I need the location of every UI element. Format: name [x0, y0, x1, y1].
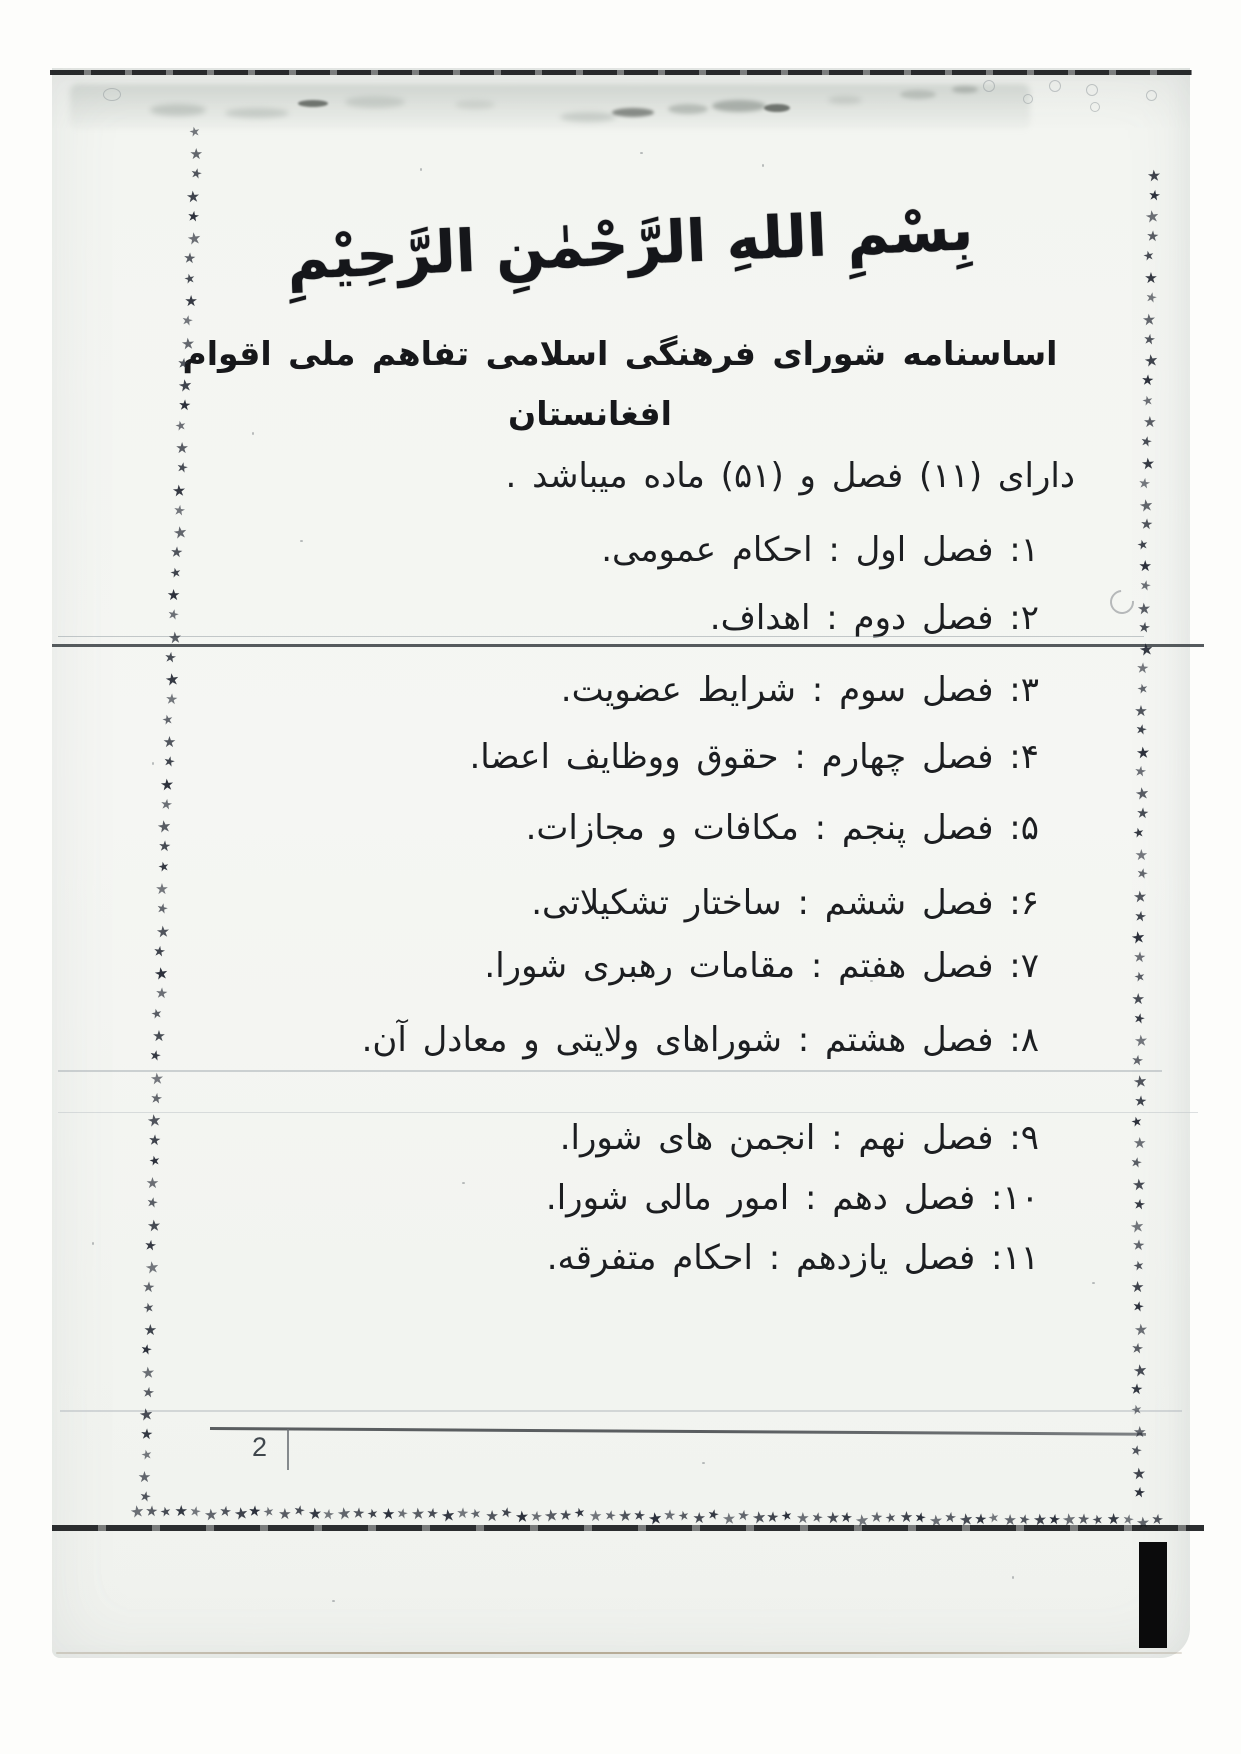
star-ornament: ★ — [676, 1509, 690, 1524]
star-ornament: ★ — [1133, 970, 1147, 985]
star-ornament: ★ — [141, 1301, 155, 1316]
star-ornament: ★ — [1142, 332, 1157, 348]
star-ornament: ★ — [149, 1091, 164, 1107]
star-ornament: ★ — [514, 1508, 529, 1525]
star-ornament: ★ — [1134, 704, 1148, 719]
star-ornament: ★ — [148, 1049, 163, 1065]
star-ornament: ★ — [144, 1323, 158, 1338]
scan-seam-line — [58, 1070, 1162, 1072]
star-ornament: ★ — [165, 693, 179, 709]
star-ornament: ★ — [1141, 374, 1155, 390]
star-ornament: ★ — [1131, 1280, 1145, 1295]
document-title-region: افغانستان — [140, 394, 1040, 433]
star-ornament: ★ — [1136, 744, 1151, 761]
paper-speck — [702, 1462, 705, 1464]
scan-seam-line — [58, 1112, 1198, 1113]
star-ornament: ★ — [1133, 909, 1148, 925]
star-ornament: ★ — [177, 377, 194, 395]
star-ornament: ★ — [144, 1505, 158, 1521]
paper-speck — [1092, 1282, 1095, 1284]
star-ornament: ★ — [143, 1238, 158, 1254]
star-ornament: ★ — [156, 818, 173, 836]
star-ornament: ★ — [157, 840, 171, 856]
hole-mark-ring — [983, 80, 995, 92]
star-ornament: ★ — [1141, 312, 1156, 329]
star-ornament: ★ — [189, 167, 204, 183]
chapter-line-8: ۸: فصل هشتم : شوراهای ولایتی و معادل آن. — [362, 1018, 1039, 1062]
star-ornament: ★ — [1134, 867, 1149, 883]
footer-thick-line — [52, 1525, 1204, 1531]
smudge-mark — [150, 104, 206, 116]
star-ornament: ★ — [839, 1511, 854, 1527]
star-ornament: ★ — [156, 924, 171, 941]
scan-black-mark — [1139, 1542, 1167, 1648]
star-ornament: ★ — [167, 630, 182, 647]
chapter-line-2: ۲: فصل دوم : اهداف. — [710, 596, 1039, 640]
star-ornament: ★ — [146, 1112, 163, 1130]
star-ornament: ★ — [1132, 1486, 1147, 1502]
star-ornament: ★ — [1131, 1177, 1146, 1194]
star-ornament: ★ — [292, 1504, 307, 1520]
paper-speck — [92, 1242, 94, 1245]
paper-speck — [152, 762, 154, 765]
star-ornament: ★ — [1141, 394, 1155, 409]
star-ornament: ★ — [884, 1511, 898, 1526]
tape-smudge-band — [70, 84, 1030, 130]
star-ornament: ★ — [662, 1508, 676, 1524]
scan-top-edge-line — [50, 70, 1192, 75]
hole-mark-ring — [1086, 84, 1098, 96]
star-ornament: ★ — [172, 524, 189, 542]
smudge-mark — [612, 108, 654, 117]
star-ornament: ★ — [1131, 1465, 1146, 1482]
star-ornament: ★ — [321, 1507, 336, 1523]
scan-seam-line — [52, 644, 1204, 647]
star-ornament: ★ — [602, 1509, 617, 1525]
star-ornament: ★ — [141, 1385, 156, 1401]
smudge-mark — [828, 96, 862, 104]
paper-speck — [1012, 1576, 1014, 1579]
star-ornament: ★ — [184, 294, 198, 309]
star-ornament: ★ — [177, 356, 192, 372]
star-ornament: ★ — [174, 1504, 188, 1519]
star-ornament: ★ — [1136, 806, 1150, 822]
smudge-mark — [455, 100, 495, 109]
star-ornament: ★ — [183, 272, 197, 287]
star-ornament: ★ — [1133, 1321, 1148, 1338]
star-ornament: ★ — [179, 314, 194, 330]
star-ornament: ★ — [455, 1506, 469, 1522]
document-title: اساسنامه شورای فرهنگی اسلامی تفاهم ملی ا… — [180, 334, 1060, 373]
star-ornament: ★ — [1143, 415, 1157, 430]
star-ornament: ★ — [1140, 518, 1154, 534]
star-ornament: ★ — [186, 230, 203, 248]
star-ornament: ★ — [149, 1071, 164, 1088]
star-ornament: ★ — [181, 336, 196, 353]
star-ornament: ★ — [1134, 785, 1151, 803]
hole-mark-ring — [1090, 102, 1100, 112]
smudge-mark — [298, 100, 328, 107]
star-ornament: ★ — [618, 1508, 633, 1525]
scan-seam-line — [60, 1410, 1182, 1412]
smudge-mark — [712, 100, 766, 112]
star-ornament: ★ — [160, 797, 175, 813]
star-ornament: ★ — [158, 1505, 172, 1520]
chapter-line-9: ۹: فصل نهم : انجمن های شورا. — [560, 1116, 1039, 1160]
star-ornament: ★ — [144, 1259, 161, 1277]
star-ornament: ★ — [352, 1507, 366, 1523]
star-ornament: ★ — [943, 1510, 958, 1526]
star-ornament: ★ — [736, 1508, 751, 1524]
star-ornament: ★ — [1130, 1341, 1145, 1357]
star-ornament: ★ — [632, 1508, 647, 1524]
star-ornament: ★ — [159, 777, 174, 794]
star-ornament: ★ — [1143, 352, 1160, 370]
star-ornament: ★ — [1135, 662, 1149, 678]
hole-mark-ring — [1049, 80, 1061, 92]
star-ornament: ★ — [152, 944, 167, 960]
star-ornament: ★ — [1131, 1011, 1146, 1027]
star-ornament: ★ — [1132, 889, 1147, 906]
star-ornament: ★ — [1134, 848, 1148, 863]
star-ornament: ★ — [336, 1505, 353, 1523]
chapter-line-10: ۱۰: فصل دهم : امور مالی شورا. — [546, 1176, 1039, 1220]
star-ornament: ★ — [1138, 559, 1152, 574]
star-ornament: ★ — [148, 1134, 162, 1150]
star-ornament: ★ — [203, 1506, 218, 1523]
paper-speck — [462, 1182, 465, 1184]
star-ornament: ★ — [278, 1507, 292, 1522]
star-ornament: ★ — [140, 1448, 154, 1463]
star-ornament: ★ — [1146, 229, 1160, 245]
star-ornament: ★ — [1131, 992, 1145, 1007]
star-ornament: ★ — [589, 1509, 603, 1524]
star-ornament: ★ — [161, 713, 175, 728]
chapter-line-3: ۳: فصل سوم : شرایط عضویت. — [561, 668, 1039, 712]
star-ornament: ★ — [175, 441, 189, 456]
chapter-line-11: ۱۱: فصل یازدهم : احکام متفرقه. — [547, 1236, 1039, 1280]
star-ornament: ★ — [1133, 1425, 1147, 1440]
star-ornament: ★ — [1132, 1073, 1149, 1091]
star-ornament: ★ — [188, 125, 202, 140]
star-ornament: ★ — [1141, 456, 1156, 473]
star-ornament: ★ — [1136, 600, 1151, 617]
star-ornament: ★ — [172, 503, 187, 519]
smudge-mark — [900, 90, 936, 99]
star-ornament: ★ — [152, 1029, 166, 1044]
star-ornament: ★ — [1131, 1239, 1145, 1255]
chapter-line-1: ۱: فصل اول : احکام عمومی. — [601, 528, 1039, 572]
chapter-line-7: ۷: فصل هفتم : مقامات رهبری شورا. — [484, 944, 1039, 988]
chapter-line-6: ۶: فصل ششم : ساختار تشکیلاتی. — [531, 881, 1039, 925]
star-ornament: ★ — [178, 399, 192, 415]
chapter-count-summary: دارای (۱۱) فصل و (۵۱) ماده میباشد . — [505, 456, 1075, 496]
star-ornament: ★ — [189, 147, 203, 162]
star-ornament: ★ — [1138, 497, 1155, 515]
star-ornament: ★ — [1147, 188, 1162, 204]
footer-tick-mark — [287, 1429, 289, 1470]
star-ornament: ★ — [1142, 249, 1156, 264]
star-ornament: ★ — [163, 650, 178, 666]
star-ornament: ★ — [155, 882, 169, 897]
star-ornament: ★ — [529, 1509, 544, 1525]
smudge-mark — [225, 108, 289, 118]
smudge-mark — [952, 86, 978, 93]
star-ornament: ★ — [1133, 1033, 1148, 1050]
star-ornament: ★ — [138, 1470, 152, 1485]
star-ornament: ★ — [307, 1506, 322, 1523]
star-ornament: ★ — [186, 209, 201, 225]
star-ornament: ★ — [1130, 929, 1147, 947]
star-ornament: ★ — [186, 189, 201, 206]
hole-mark-ring — [103, 88, 121, 101]
smudge-mark — [345, 96, 405, 108]
star-ornament: ★ — [1137, 620, 1152, 636]
star-ornament: ★ — [1133, 1136, 1147, 1151]
paper-bottom-edge — [56, 1652, 1182, 1654]
star-ornament: ★ — [870, 1510, 884, 1526]
star-ornament: ★ — [900, 1510, 914, 1525]
star-ornament: ★ — [174, 461, 189, 477]
paper-speck — [300, 540, 303, 542]
star-ornament: ★ — [1131, 1362, 1148, 1380]
star-ornament: ★ — [411, 1505, 426, 1522]
star-ornament: ★ — [154, 987, 168, 1003]
star-ornament: ★ — [1134, 1095, 1148, 1111]
star-ornament: ★ — [1133, 765, 1148, 781]
paper-speck — [332, 1600, 335, 1602]
star-ornament: ★ — [174, 419, 188, 434]
star-ornament: ★ — [573, 1506, 587, 1521]
star-ornament: ★ — [163, 735, 177, 750]
bismillah-calligraphy: بِسْمِ اللهِ الرَّحْمٰنِ الرَّحِيْمِ — [266, 134, 994, 353]
star-ornament: ★ — [148, 1154, 162, 1169]
star-ornament: ★ — [1129, 1383, 1143, 1399]
star-ornament: ★ — [559, 1509, 573, 1525]
hole-mark-ring — [1146, 90, 1157, 101]
star-ornament: ★ — [796, 1511, 810, 1526]
scanned-document-page: بِسْمِ اللهِ الرَّحْمٰنِ الرَّحِيْمِ اسا… — [0, 0, 1241, 1754]
star-ornament: ★ — [1138, 641, 1155, 659]
chapter-line-4: ۴: فصل چهارم : حقوق ووظایف اعضا. — [470, 735, 1040, 779]
star-ornament: ★ — [1136, 682, 1150, 697]
star-ornament: ★ — [146, 1176, 160, 1191]
star-ornament: ★ — [138, 1406, 155, 1424]
star-ornament: ★ — [425, 1506, 440, 1522]
chapter-line-5: ۵: فصل پنجم : مکافات و مجازات. — [526, 806, 1039, 850]
star-ornament: ★ — [169, 546, 183, 562]
star-ornament: ★ — [218, 1504, 233, 1520]
star-ornament: ★ — [1129, 1218, 1146, 1236]
star-ornament: ★ — [366, 1507, 380, 1522]
star-ornament: ★ — [440, 1507, 457, 1525]
star-ornament: ★ — [1144, 208, 1161, 226]
star-ornament: ★ — [248, 1504, 262, 1520]
star-ornament: ★ — [1147, 168, 1162, 185]
star-ornament: ★ — [167, 588, 181, 603]
scan-seam-line — [58, 636, 1144, 637]
hole-mark-ring — [1023, 94, 1033, 104]
star-ornament: ★ — [1137, 476, 1152, 492]
star-ornament: ★ — [1130, 1053, 1145, 1069]
star-ornament: ★ — [172, 483, 187, 500]
smudge-mark — [560, 112, 616, 122]
star-ornament: ★ — [1132, 1197, 1147, 1213]
star-ornament: ★ — [154, 902, 169, 918]
page-number: 2 — [252, 1432, 267, 1463]
star-ornament: ★ — [153, 965, 170, 983]
star-ornament: ★ — [147, 1218, 162, 1235]
star-ornament: ★ — [141, 1281, 155, 1297]
smudge-mark — [668, 104, 708, 114]
star-ornament: ★ — [485, 1509, 499, 1524]
star-ornament: ★ — [129, 1503, 146, 1521]
star-ornament: ★ — [183, 252, 197, 268]
star-ornament: ★ — [164, 671, 181, 689]
star-ornament: ★ — [1144, 271, 1158, 286]
star-ornament: ★ — [141, 1365, 156, 1382]
star-ornament: ★ — [382, 1507, 396, 1522]
star-ornament: ★ — [139, 1428, 153, 1444]
smudge-mark — [764, 104, 790, 112]
star-ornament: ★ — [1132, 950, 1146, 966]
